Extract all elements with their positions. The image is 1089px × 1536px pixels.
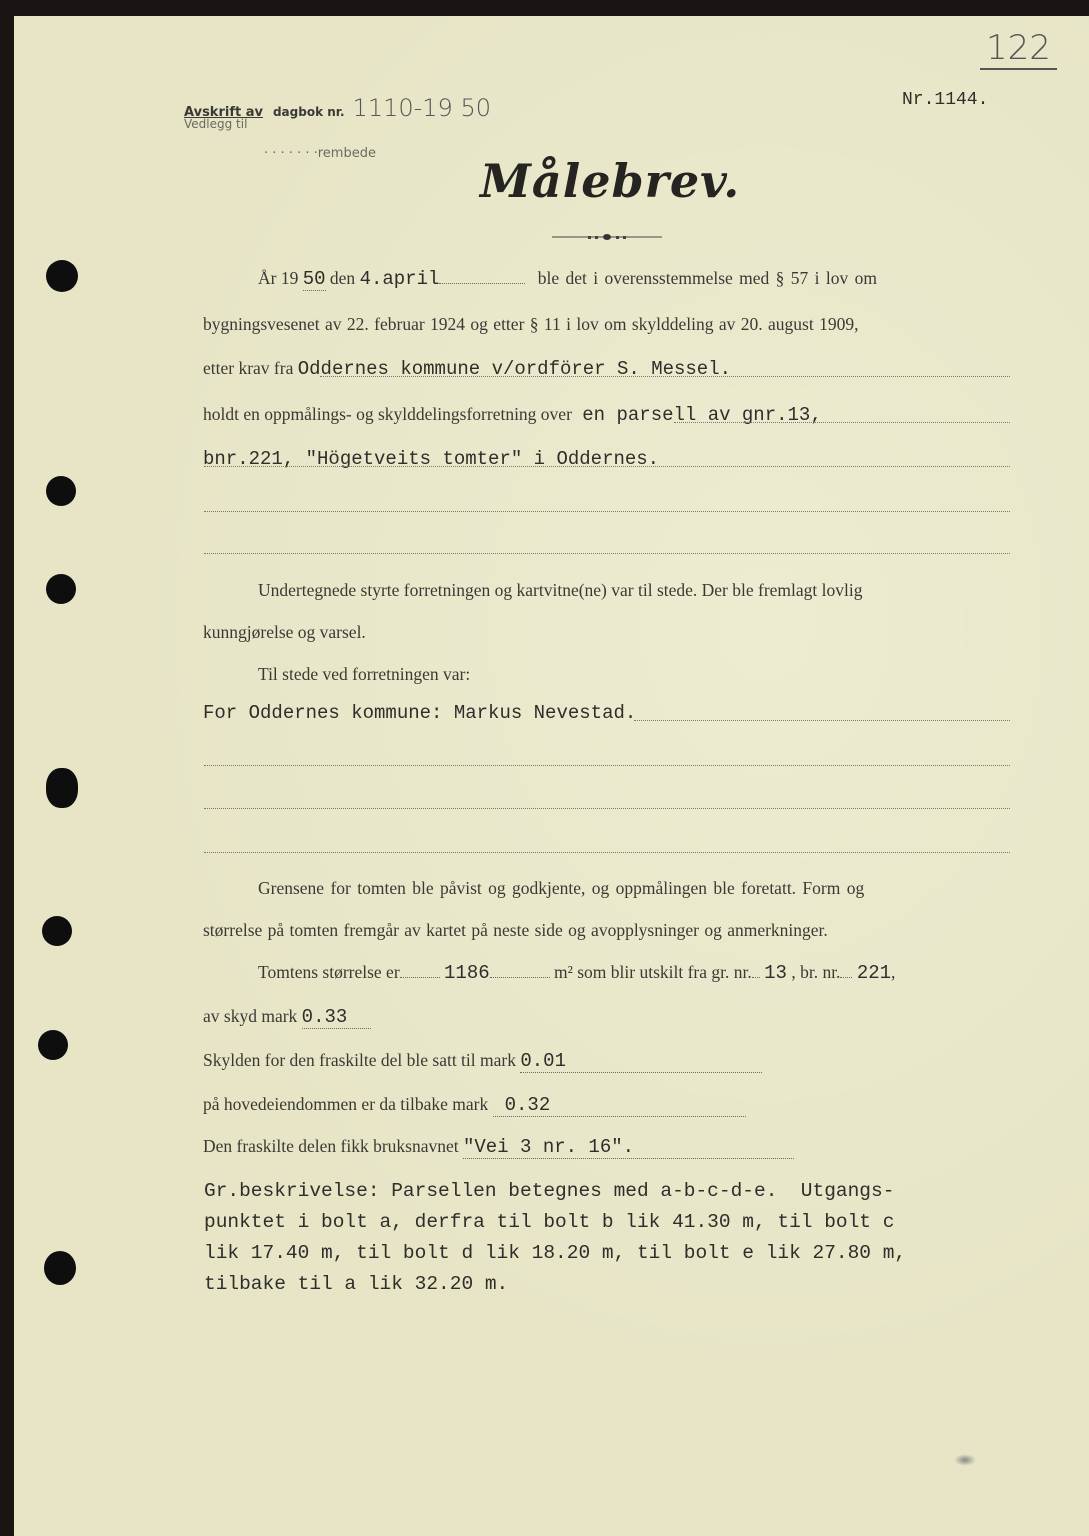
attendance-line-2: kunngjørelse og varsel. — [203, 622, 366, 643]
document-page: Avskrift av dagbok nr. 1110-19 50 Vedleg… — [14, 16, 1089, 1536]
attendance-line-1: Undertegnede styrte forretningen og kart… — [258, 580, 863, 601]
year-prefix: År 19 — [258, 268, 298, 288]
dotted-line — [204, 553, 1010, 554]
date-value: 4.april — [360, 268, 440, 290]
boundary-line: Gr.beskrivelse: Parsellen betegnes med a… — [204, 1176, 906, 1207]
comma: , — [891, 962, 895, 982]
boundary-description: Gr.beskrivelse: Parsellen betegnes med a… — [204, 1176, 906, 1300]
dotted-fill — [400, 977, 440, 978]
year-suffix: 50 — [303, 268, 326, 291]
law-line-2: bygningsvesenet av 22. februar 1924 og e… — [203, 314, 858, 335]
skyld-label: av skyd mark — [203, 1006, 297, 1026]
fraskilt-label: Skylden for den fraskilte del ble satt t… — [203, 1050, 516, 1070]
bnr-label: , br. nr. — [791, 962, 840, 982]
ink-smudge — [954, 1454, 976, 1466]
boundary-text-1: Grensene for tomten ble påvist og godkje… — [258, 878, 864, 899]
punch-hole — [46, 574, 76, 604]
dotted-line — [204, 765, 1010, 766]
dotted-line — [204, 511, 1010, 512]
date-line: År 19 50 den 4.april ble det i overensst… — [258, 268, 877, 290]
dotted-line — [204, 466, 1010, 467]
size-label: Tomtens størrelse er — [258, 962, 400, 982]
gnr-value: 13 — [764, 962, 787, 984]
document-number: Nr.1144. — [902, 90, 988, 110]
law-reference-text: ble det i overensstemmelse med § 57 i lo… — [538, 268, 877, 288]
page-number-handwritten: 122 — [980, 28, 1057, 70]
den-label: den — [330, 268, 355, 288]
punch-hole — [46, 768, 78, 808]
dotted-fill — [752, 977, 760, 978]
bruksnavn-label: Den fraskilte delen fikk bruksnavnet — [203, 1136, 459, 1156]
dotted-line — [204, 808, 1010, 809]
dotted-line — [204, 852, 1010, 853]
dotted-fill — [439, 283, 525, 284]
punch-hole — [42, 916, 72, 946]
punch-hole — [46, 476, 76, 506]
dotted-line — [634, 720, 1010, 721]
stamp-vedlegg: Vedlegg til — [184, 117, 247, 131]
skyld-value: 0.33 — [302, 1006, 372, 1029]
requester-label: etter krav fra — [203, 358, 293, 378]
boundary-text-2: størrelse på tomten fremgår av kartet på… — [203, 920, 828, 941]
object-label: holdt en oppmålings- og skylddelingsforr… — [203, 404, 572, 424]
stamp-embede: · · · · · · ·rembede — [264, 146, 376, 161]
dotted-fill — [490, 977, 550, 978]
boundary-line: punktet i bolt a, derfra til bolt b lik … — [204, 1207, 906, 1238]
dotted-line — [674, 422, 1010, 423]
rest-line: på hovedeiendommen er da tilbake mark 0.… — [203, 1094, 746, 1116]
bruksnavn-line: Den fraskilte delen fikk bruksnavnet "Ve… — [203, 1136, 794, 1158]
fraskilt-line: Skylden for den fraskilte del ble satt t… — [203, 1050, 762, 1072]
size-line: Tomtens størrelse er 1186 m² som blir ut… — [258, 962, 895, 984]
punch-hole — [38, 1030, 68, 1060]
fraskilt-value: 0.01 — [520, 1050, 762, 1073]
skyld-line: av skyd mark 0.33 — [203, 1006, 371, 1028]
page-title: Målebrev. — [480, 154, 740, 208]
size-unit-text: m² som blir utskilt fra gr. nr. — [554, 962, 752, 982]
stamp-handwritten-number: 1110-19 50 — [353, 94, 491, 122]
boundary-line: lik 17.40 m, til bolt d lik 18.20 m, til… — [204, 1238, 906, 1269]
bnr-value: 221 — [857, 962, 891, 984]
title-ornament — [552, 227, 662, 233]
dotted-line — [320, 376, 1010, 377]
dotted-fill — [840, 977, 852, 978]
stamp-dagbok: dagbok nr. — [273, 105, 345, 119]
rest-value: 0.32 — [493, 1094, 747, 1117]
present-value: For Oddernes kommune: Markus Nevestad. — [203, 702, 636, 724]
page-number-text: 122 — [986, 28, 1051, 68]
boundary-line: tilbake til a lik 32.20 m. — [204, 1269, 906, 1300]
size-value: 1186 — [444, 962, 490, 984]
bruksnavn-value: "Vei 3 nr. 16". — [463, 1136, 794, 1159]
rest-label: på hovedeiendommen er da tilbake mark — [203, 1094, 488, 1114]
punch-hole — [44, 1251, 76, 1285]
punch-hole — [46, 260, 78, 292]
present-label: Til stede ved forretningen var: — [258, 664, 470, 685]
